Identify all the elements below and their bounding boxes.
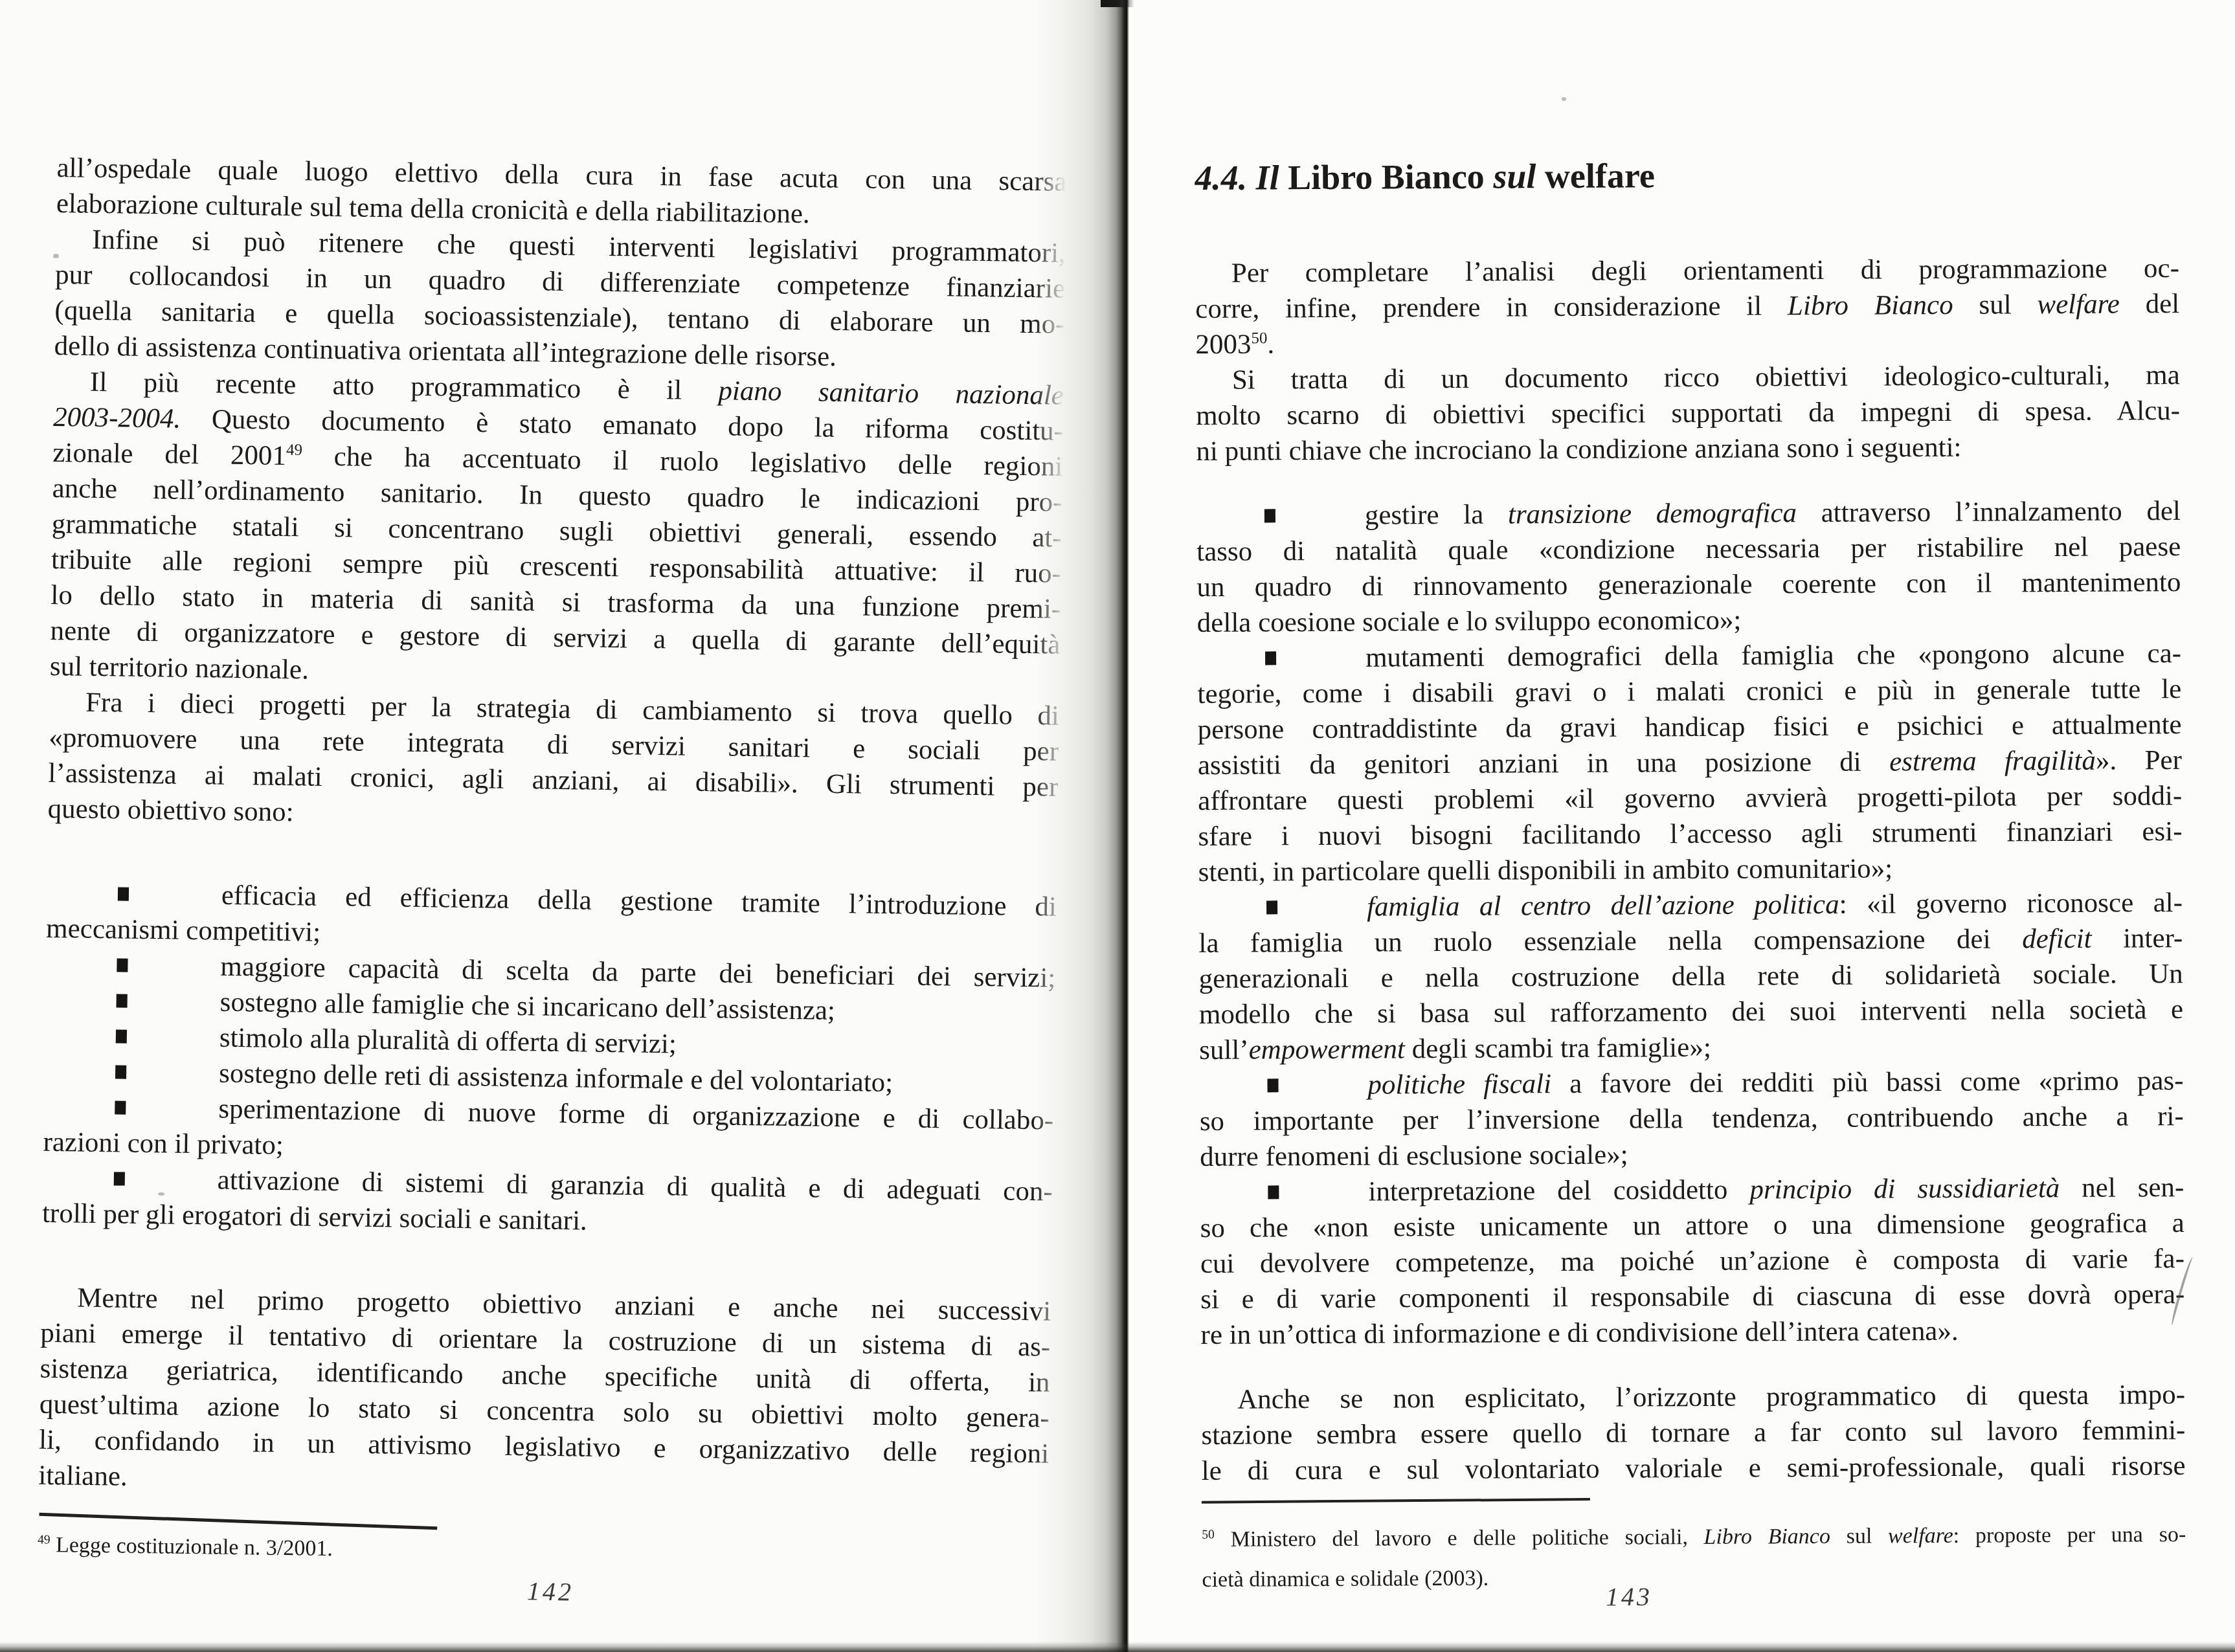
text-run: famiglia al centro dell’azione politica <box>1367 889 1839 922</box>
text-run: deficit <box>2022 924 2092 955</box>
text-run: Il più recente atto programmatico è il <box>90 367 719 407</box>
section-heading: 4.4. Il Libro Bianco sul welfare <box>1195 150 2179 201</box>
square-bullet-icon <box>115 1065 126 1078</box>
text-run: 2003-2004. <box>53 402 181 434</box>
square-bullet-icon <box>117 994 128 1007</box>
text-run: molto scarno di obiettivi specifici supp… <box>1196 396 2180 431</box>
scan-speck <box>53 254 59 258</box>
text-run: 4.4. Il <box>1195 158 1288 197</box>
text-line: interpretazione del cosiddetto principio… <box>1200 1170 2184 1211</box>
scan-bottom-edge-shadow <box>0 1642 2235 1652</box>
text-run: a favore dei redditi più bassi come «pri… <box>1551 1066 2184 1099</box>
scan-speck <box>158 1192 164 1196</box>
text-run: politiche fiscali <box>1367 1069 1551 1100</box>
text-run: durre fenomeni di esclusione sociale»; <box>1200 1140 1628 1172</box>
text-run: Legge costituzionale n. 3/2001. <box>50 1533 333 1561</box>
square-bullet-icon <box>118 887 129 900</box>
left-body-text: all’ospedale quale luogo elettivo della … <box>38 150 1067 1508</box>
text-run: razioni con il privato; <box>43 1127 284 1161</box>
text-run: so che «non esiste unicamente un attore … <box>1200 1208 2184 1244</box>
text-run: ni punti chiave che incrociano la condiz… <box>1196 432 1961 467</box>
square-bullet-icon <box>114 1172 125 1185</box>
footnote-marker: 50 <box>1251 329 1267 347</box>
square-bullet-icon <box>117 958 128 972</box>
text-run: stimolo alla pluralità di offerta di ser… <box>219 1023 677 1060</box>
text-line: molto scarno di obiettivi specifici supp… <box>1196 393 2180 434</box>
square-bullet-icon <box>1267 1078 1278 1092</box>
text-line: tasso di natalità quale «condizione nece… <box>1196 529 2181 570</box>
page-142: all’ospedale quale luogo elettivo della … <box>0 0 1101 1652</box>
text-line: persone contraddistinte da gravi handica… <box>1198 707 2182 748</box>
text-run: sul territorio nazionale. <box>50 651 309 686</box>
right-text-column: 4.4. Il Libro Bianco sul welfare Per com… <box>1195 150 2186 1600</box>
text-line: durre fenomeni di esclusione sociale»; <box>1200 1134 2184 1175</box>
text-run: meccanismi competitivi; <box>46 913 321 948</box>
text-run: welfare <box>1536 156 1655 195</box>
text-line: modello che si basa sul rafforzamento de… <box>1199 992 2183 1032</box>
text-run: la famiglia un ruolo essenziale nella co… <box>1198 924 2022 959</box>
text-run: ». Per <box>2096 745 2182 776</box>
text-run: Libro Bianco <box>1788 290 1953 321</box>
text-line: Per completare l’analisi degli orientame… <box>1195 251 2179 291</box>
text-run: persone contraddistinte da gravi handica… <box>1198 709 2182 745</box>
text-run: tegorie, come i disabili gravi o i malat… <box>1197 674 2181 709</box>
text-run: Per completare l’analisi degli orientame… <box>1231 253 2179 289</box>
text-run: generazionali e nella costruzione della … <box>1199 959 2183 994</box>
paragraph: Infine si può ritenere che questi interv… <box>54 221 1066 378</box>
text-run: italiane. <box>38 1460 128 1492</box>
text-run: modello che si basa sul rafforzamento de… <box>1199 994 2183 1030</box>
text-run: interpretazione del cosiddetto <box>1368 1175 1749 1207</box>
text-run: un quadro di rinnovamento generazionale … <box>1196 567 2181 603</box>
footnote-marker: 49 <box>286 441 302 459</box>
paragraph: Per completare l’analisi degli orientame… <box>1195 251 2180 363</box>
text-line: re in un’ottica di informazione e di con… <box>1200 1312 2184 1353</box>
text-line: politiche fiscali a favore dei redditi p… <box>1199 1063 2183 1104</box>
text-line: so importante per l’inversione della ten… <box>1200 1099 2184 1139</box>
right-body-text: Per completare l’analisi degli orientame… <box>1195 251 2186 1489</box>
text-run: Libro Bianco <box>1703 1524 1830 1549</box>
text-run: 2003 <box>1195 329 1251 360</box>
text-run: : «il governo riconosce al- <box>1839 887 2183 920</box>
text-run: attraverso l’innalzamento del <box>1797 496 2181 528</box>
text-run: welfare <box>2037 289 2120 320</box>
text-run: so importante per l’inversione della ten… <box>1200 1101 2184 1137</box>
text-run: sostegno alle famiglie che si incaricano… <box>219 987 835 1026</box>
text-run: inter- <box>2091 923 2183 954</box>
paragraph: Si tratta di un documento ricco obiettiv… <box>1196 357 2181 469</box>
text-run: sul <box>1953 289 2037 320</box>
page-number: 143 <box>1062 1578 2196 1614</box>
text-run: . <box>1267 329 1274 359</box>
text-run: corre, infine, prendere in considerazion… <box>1195 291 1788 324</box>
footnote-area: 49 Legge costituzionale n. 3/2001. <box>37 1513 1048 1579</box>
gutter-top-shadow <box>1101 0 1134 7</box>
text-run: trolli per gli erogatori di servizi soci… <box>42 1198 587 1236</box>
text-run: gestire la <box>1365 499 1508 530</box>
text-run: questo obiettivo sono: <box>47 794 293 827</box>
text-run: sul <box>1830 1524 1888 1548</box>
footnote-marker: 49 <box>38 1532 51 1546</box>
text-run: Anche se non esplicitato, l’orizzonte pr… <box>1237 1379 2185 1415</box>
text-line: la famiglia un ruolo essenziale nella co… <box>1198 921 2183 961</box>
square-bullet-icon <box>116 1029 127 1043</box>
text-line: mutamenti demografici della famiglia che… <box>1197 636 2181 676</box>
text-run: del <box>2120 289 2180 319</box>
square-bullet-icon <box>1264 509 1275 522</box>
text-line: le di cura e sul volontariato valoriale … <box>1201 1448 2185 1489</box>
text-run: della coesione sociale e lo sviluppo eco… <box>1197 605 1742 638</box>
paragraph: all’ospedale quale luogo elettivo della … <box>56 150 1066 236</box>
text-line: un quadro di rinnovamento generazionale … <box>1196 564 2181 605</box>
text-line: sull’empowerment degli scambi tra famigl… <box>1199 1027 2183 1068</box>
text-line: affrontare questi problemi «il governo a… <box>1198 778 2182 819</box>
text-run: mutamenti demografici della famiglia che… <box>1365 638 2181 673</box>
text-run: piano sanitario nazionale <box>718 375 1064 410</box>
text-line: corre, infine, prendere in considerazion… <box>1195 286 2179 327</box>
text-run: si e di varie componenti il responsabile… <box>1200 1279 2184 1315</box>
square-bullet-icon <box>1268 1185 1279 1199</box>
left-text-column: all’ospedale quale luogo elettivo della … <box>37 150 1066 1579</box>
text-run: affrontare questi problemi «il governo a… <box>1198 781 2182 816</box>
text-line: stenti, in particolare quelli disponibil… <box>1198 849 2183 890</box>
book-scan-spread: { "left_page": { "page_number": "142", "… <box>0 0 2235 1652</box>
text-line: si e di varie componenti il responsabile… <box>1200 1277 2184 1317</box>
text-line: 200350. <box>1195 322 2179 363</box>
scan-speck <box>1562 97 1566 101</box>
text-run: stenti, in particolare quelli disponibil… <box>1198 853 1893 887</box>
text-run: : proposte per una so- <box>1953 1523 2186 1548</box>
footnote-marker: 50 <box>1202 1528 1215 1542</box>
text-run: degli scambi tra famiglie»; <box>1405 1032 1711 1064</box>
text-line: Anche se non esplicitato, l’orizzonte pr… <box>1201 1377 2185 1418</box>
text-run: empowerment <box>1249 1034 1405 1065</box>
text-line: sfare i nuovi bisogni facilitando l’acce… <box>1198 814 2182 854</box>
text-run: cui devolvere competenze, ma poiché un’a… <box>1200 1244 2184 1279</box>
text-line: cui devolvere competenze, ma poiché un’a… <box>1200 1241 2184 1282</box>
text-run: re in un’ottica di informazione e di con… <box>1200 1316 1958 1350</box>
text-line: so che «non esiste unicamente un attore … <box>1200 1205 2184 1246</box>
text-line: famiglia al centro dell’azione politica:… <box>1198 885 2183 926</box>
text-line: Si tratta di un documento ricco obiettiv… <box>1196 357 2180 398</box>
text-run: tasso di natalità quale «condizione nece… <box>1196 531 2181 567</box>
square-bullet-icon <box>115 1100 126 1114</box>
paragraph: Il più recente atto programmatico è il p… <box>49 364 1064 698</box>
text-run: estrema fragilità <box>1889 746 2096 777</box>
text-run: welfare <box>1888 1524 1953 1548</box>
page-143: 4.4. Il Libro Bianco sul welfare Per com… <box>1101 0 2235 1652</box>
text-run: zionale del 2001 <box>52 438 286 471</box>
text-line: tegorie, come i disabili gravi o i malat… <box>1197 671 2181 712</box>
text-run: Si tratta di un documento ricco obiettiv… <box>1232 360 2180 396</box>
footnote-separator <box>1202 1498 1590 1504</box>
text-run: nel sen- <box>2060 1172 2184 1203</box>
text-line: ni punti chiave che incrociano la condiz… <box>1196 429 2180 469</box>
bullet-list: gestire la transizione demografica attra… <box>1196 493 2185 1353</box>
text-run: transizione demografica <box>1508 498 1797 530</box>
paragraph: Anche se non esplicitato, l’orizzonte pr… <box>1201 1377 2186 1489</box>
square-bullet-icon <box>1265 651 1276 665</box>
square-bullet-icon <box>1266 900 1277 914</box>
text-line: stazione sembra essere quello di tornare… <box>1201 1412 2185 1453</box>
text-line: gestire la transizione demografica attra… <box>1196 493 2181 534</box>
paragraph: Fra i dieci progetti per la strategia di… <box>47 684 1059 841</box>
text-run: assistiti da genitori anziani in una pos… <box>1198 746 1889 781</box>
text-run: Libro Bianco <box>1288 157 1493 197</box>
text-line: assistiti da genitori anziani in una pos… <box>1198 742 2182 783</box>
text-run: le di cura e sul volontariato valoriale … <box>1202 1451 2186 1486</box>
text-run: sul <box>1493 157 1536 195</box>
text-run: sfare i nuovi bisogni facilitando l’acce… <box>1198 816 2182 852</box>
text-run: principio di sussidiarietà <box>1749 1173 2060 1205</box>
bullet-list: efficacia ed efficienza della gestione t… <box>42 875 1057 1245</box>
text-line: 50 Ministero del lavoro e delle politich… <box>1202 1515 2186 1560</box>
text-line: della coesione sociale e lo sviluppo eco… <box>1197 600 2181 641</box>
text-run: Ministero del lavoro e delle politiche s… <box>1215 1525 1704 1552</box>
text-run: sull’ <box>1199 1035 1249 1066</box>
text-run: stazione sembra essere quello di tornare… <box>1201 1415 2185 1451</box>
paragraph: Mentre nel primo progetto obiettivo anzi… <box>38 1280 1051 1508</box>
text-line: generazionali e nella costruzione della … <box>1199 956 2183 997</box>
